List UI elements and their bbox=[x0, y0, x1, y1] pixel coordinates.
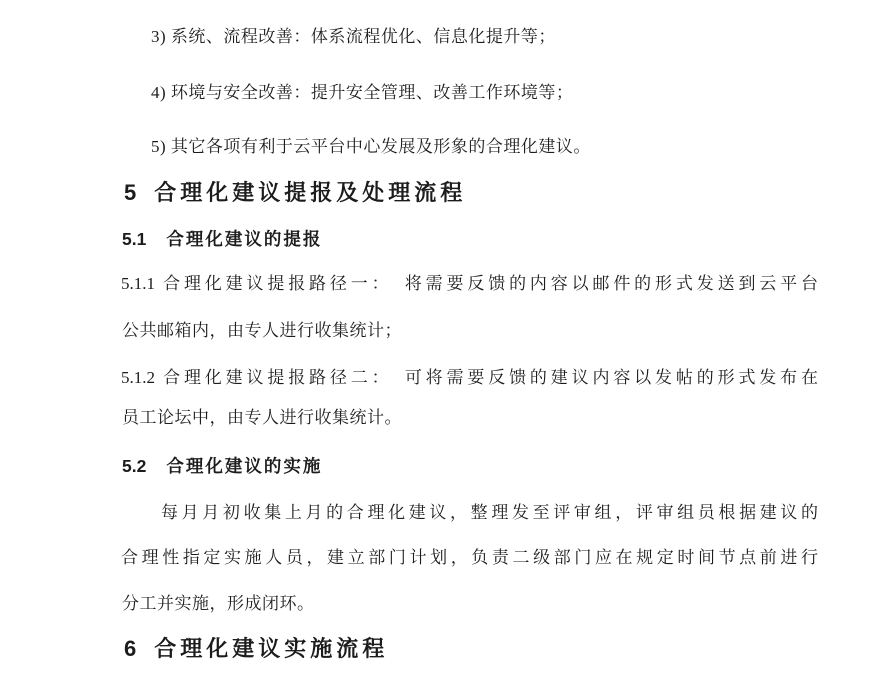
heading-section-5-2: 5.2合理化建议的实施 bbox=[122, 456, 322, 478]
document-page: 3) 系统、流程改善：体系流程优化、信息化提升等； 4) 环境与安全改善：提升安… bbox=[0, 0, 870, 686]
heading-section-5-1: 5.1合理化建议的提报 bbox=[122, 229, 322, 251]
paragraph-5-2-line-2: 合理性指定实施人员，建立部门计划，负责二级部门应在规定时间节点前进行 bbox=[121, 547, 818, 568]
paragraph-5-1-2-line-2: 员工论坛中，由专人进行收集统计。 bbox=[122, 407, 402, 428]
heading-section-5: 5合理化建议提报及处理流程 bbox=[124, 179, 466, 207]
heading-text: 合理化建议的提报 bbox=[166, 229, 322, 249]
heading-section-6: 6合理化建议实施流程 bbox=[124, 635, 388, 663]
heading-number: 5 bbox=[124, 180, 136, 205]
heading-number: 5.2 bbox=[122, 456, 146, 476]
paragraph-5-1-1-line-1: 5.1.1 合理化建议提报路径一： 将需要反馈的内容以邮件的形式发送到云平台 bbox=[121, 273, 818, 294]
paragraph-5-1-1-line-2: 公共邮箱内，由专人进行收集统计； bbox=[122, 320, 402, 341]
list-item-4: 4) 环境与安全改善：提升安全管理、改善工作环境等； bbox=[151, 82, 573, 103]
heading-text: 合理化建议的实施 bbox=[166, 456, 322, 476]
paragraph-5-2-line-3: 分工并实施，形成闭环。 bbox=[122, 593, 315, 614]
paragraph-5-2-line-1: 每月月初收集上月的合理化建议，整理发至评审组，评审组员根据建议的 bbox=[121, 502, 818, 523]
heading-text: 合理化建议提报及处理流程 bbox=[154, 180, 466, 205]
paragraph-5-1-2-line-1: 5.1.2 合理化建议提报路径二： 可将需要反馈的建议内容以发帖的形式发布在 bbox=[121, 367, 818, 388]
heading-number: 6 bbox=[124, 636, 136, 661]
heading-text: 合理化建议实施流程 bbox=[154, 636, 388, 661]
list-item-5: 5) 其它各项有利于云平台中心发展及形象的合理化建议。 bbox=[151, 136, 591, 157]
list-item-3: 3) 系统、流程改善：体系流程优化、信息化提升等； bbox=[151, 26, 556, 47]
heading-number: 5.1 bbox=[122, 229, 146, 249]
